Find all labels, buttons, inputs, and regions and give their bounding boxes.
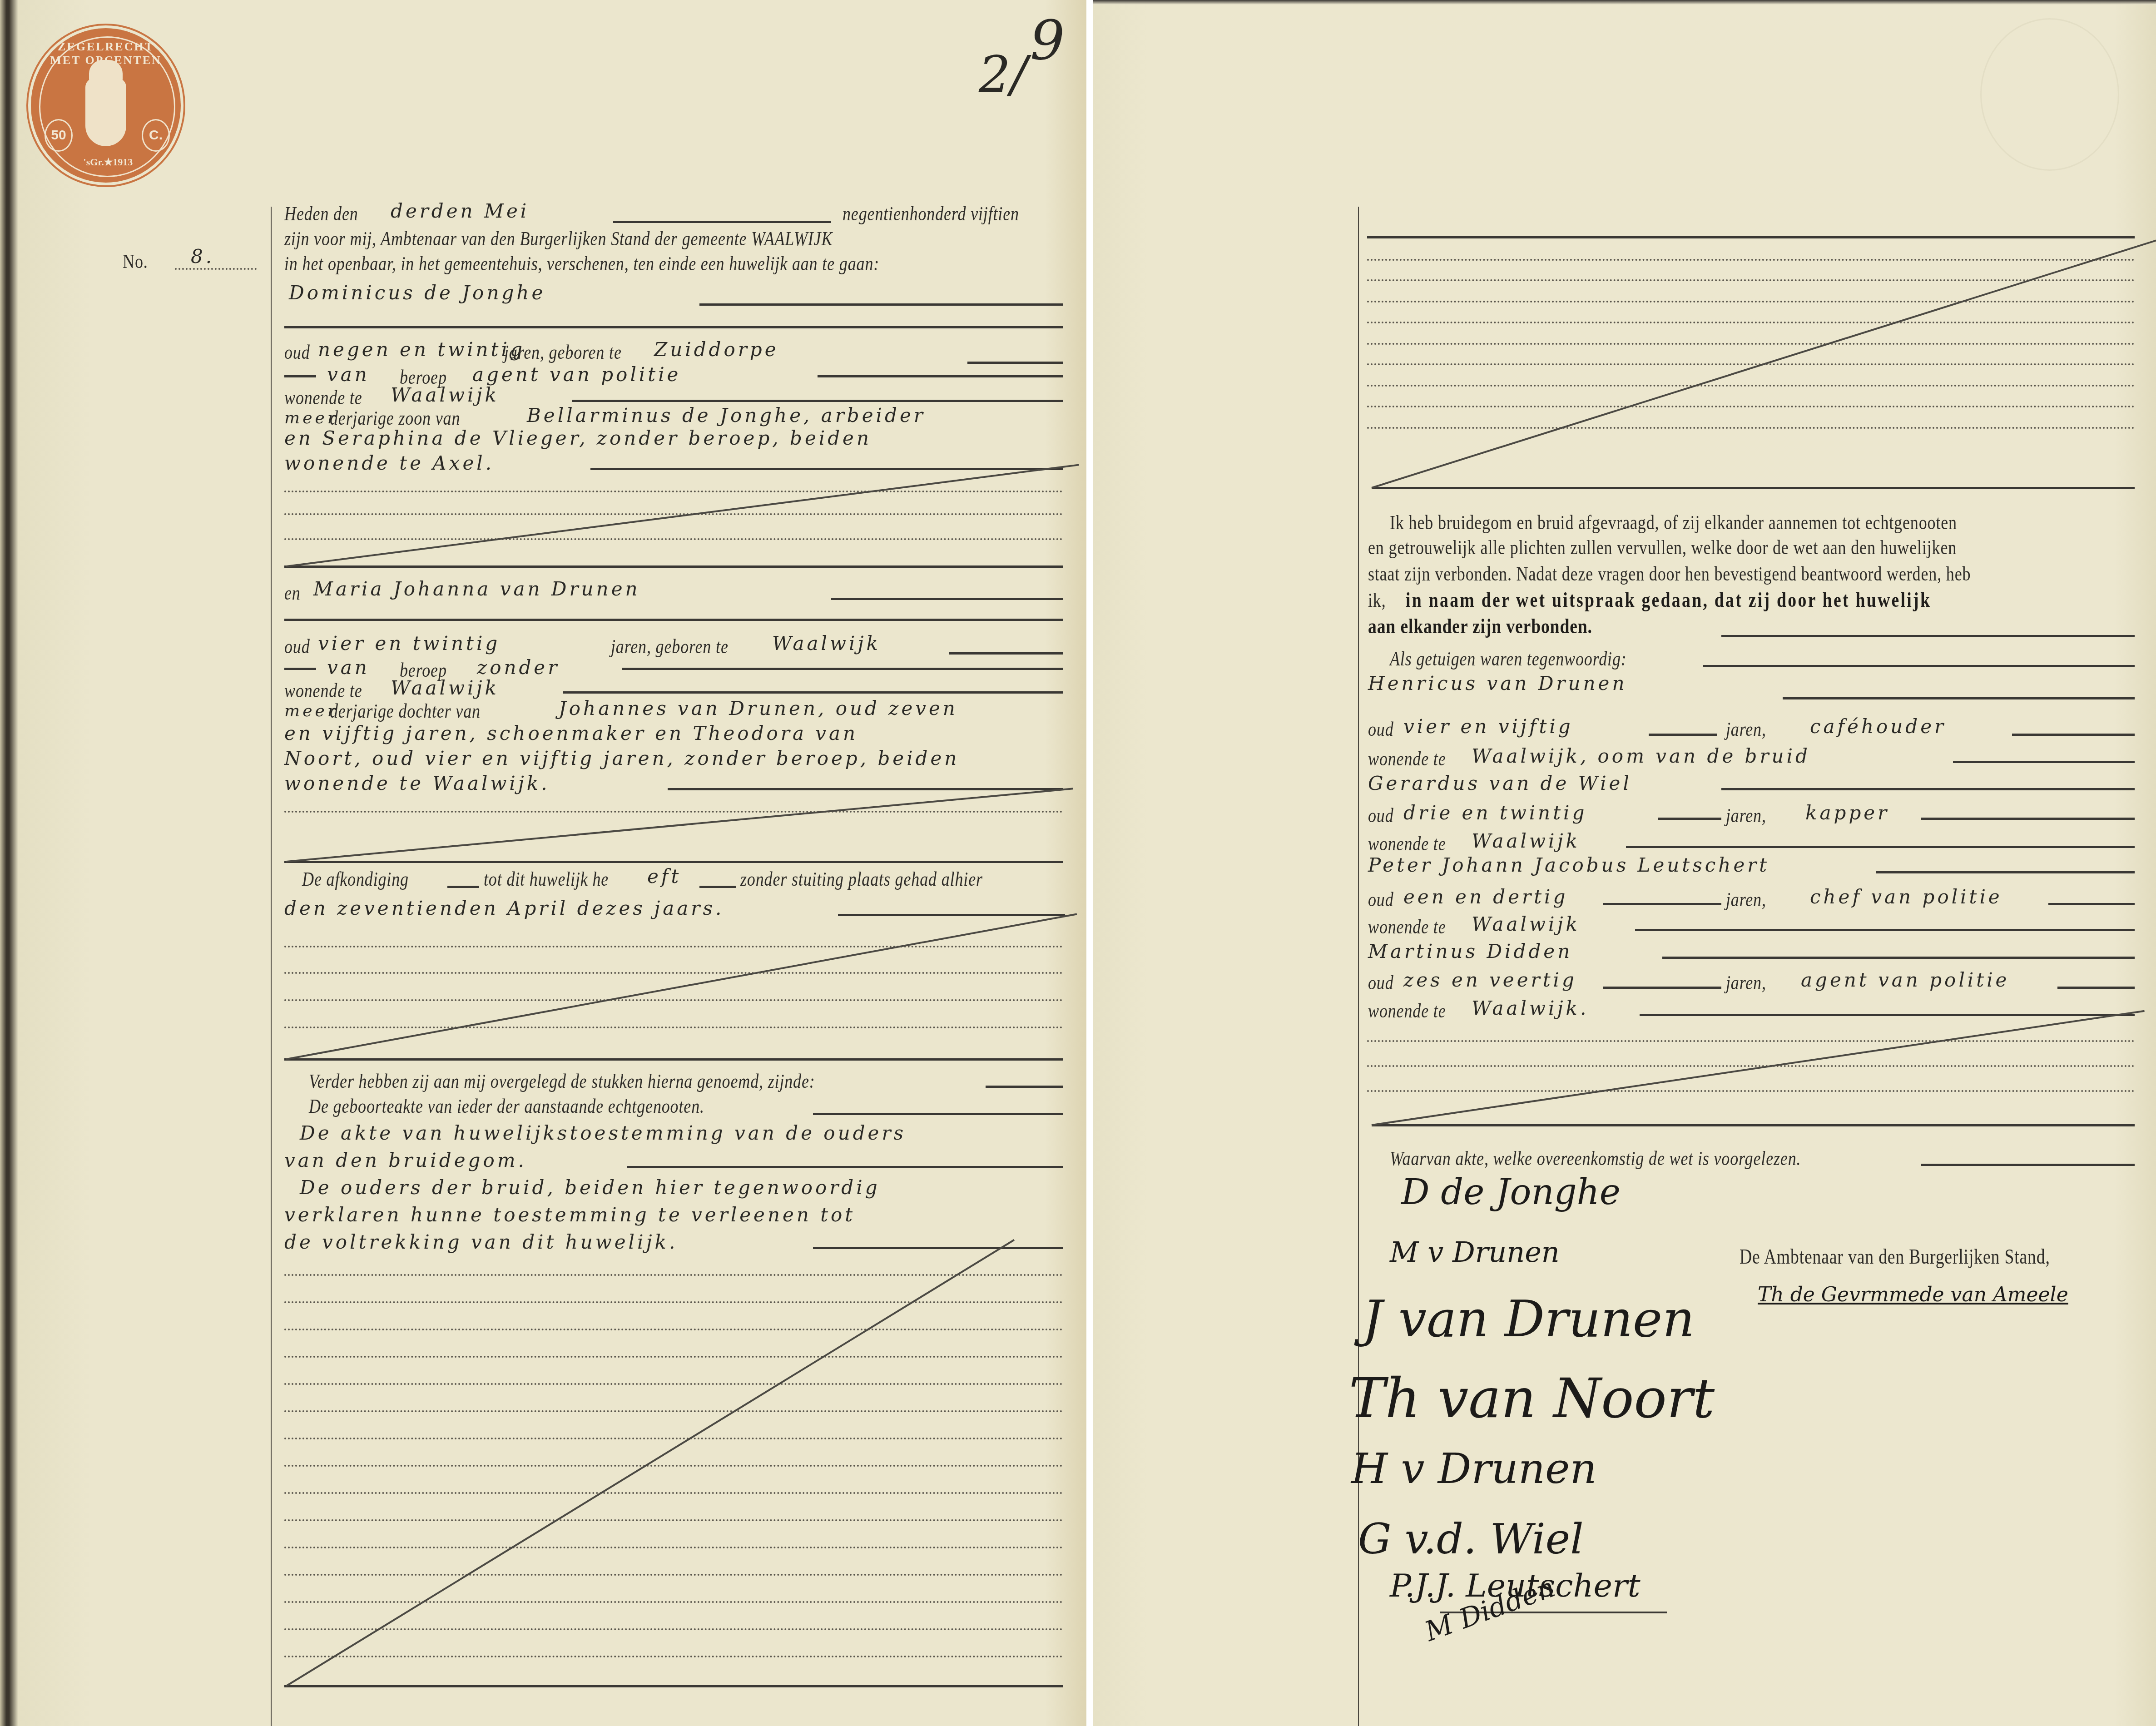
banns-mid: tot dit huwelijk he [484,868,609,891]
witness-1-occupation: caféhouder [1810,715,1946,738]
groom-parents-line-2: en Seraphina de Vlieger, zonder beroep, … [284,427,872,449]
banns-post: zonder stuiting plaats gehad alhier [740,868,983,891]
marriage-date-field: derden Mei [391,200,529,222]
signature-mother-bride: Th van Noort [1349,1367,1715,1430]
bride-age: vier en twintig [318,632,500,655]
fill-line [1662,957,2135,959]
witness-4-residence-label: wonende te [1368,999,1446,1022]
fill-line [668,788,1063,790]
dotted-line [284,1356,1063,1358]
witness-2-name: Gerardus van de Wiel [1368,772,1632,794]
witness-1-age: vier en vijftig [1403,715,1573,738]
fill-line [590,468,1063,470]
documents-item-2-line-1: De akte van huwelijkstoestemming van de … [300,1122,906,1144]
groom-birth-label: jaren, geboren te [504,341,622,364]
fill-line [563,691,1063,694]
bride-occupation: zonder [477,656,560,679]
witness-2-age: drie en twintig [1403,802,1587,824]
dotted-line [284,1274,1063,1276]
fill-line [1635,929,2135,931]
fill-line [838,914,1065,916]
embossed-seal-mark [1980,18,2119,171]
fill-line [818,375,1063,377]
bride-birth-label: jaren, geboren te [611,635,729,658]
fill-line [1367,236,2135,238]
witness-3-residence: Waalwijk [1472,913,1580,935]
dotted-line [1367,301,2135,303]
seal-value-right: C. [142,119,170,152]
signature-official: Th de Gevrmmede van Ameele [1758,1283,2068,1306]
banns-date: den zeventienden April dezes jaars. [284,897,724,919]
fill-line [1372,487,2135,489]
groom-parents-line-3: wonende te Axel. [284,452,494,474]
witness-1-residence-label: wonende te [1368,747,1446,770]
dotted-line [1367,279,2135,281]
dotted-line [284,1465,1063,1467]
dotted-line [1367,385,2135,387]
dotted-line [284,972,1063,974]
witness-3-age-label: oud [1368,888,1394,911]
dotted-line [284,1438,1063,1439]
groom-occupation: agent van politie [472,363,681,386]
dotted-line [1367,1040,2135,1042]
groom-age-label: oud [284,341,310,364]
documents-item-3-line-3: de voltrekking van dit huwelijk. [284,1231,678,1253]
bride-residence-label: wonende te [284,679,362,702]
intro-line-3: in het openbaar, in het gemeentehuis, ve… [284,252,879,275]
witness-3-residence-label: wonende te [1368,915,1446,938]
record-number-label: No. [123,250,148,273]
witness-3-occupation: chef van politie [1810,886,2002,908]
bride-residence: Waalwijk [391,677,499,699]
fill-line [284,565,1063,568]
dotted-line [284,999,1063,1001]
declaration-line-4-bold: in naam der wet uitspraak gedaan, dat zi… [1406,588,1931,612]
banns-fill: eft [647,865,681,888]
fill-line [967,362,1063,364]
fill-line [1783,697,2135,699]
fill-line [1703,665,2135,667]
declaration-line-4-prefix: ik, [1368,589,1386,612]
official-label: De Ambtenaar van den Burgerlijken Stand, [1740,1245,2050,1269]
witness-2-residence: Waalwijk [1472,830,1580,852]
bride-parents-line-3: Noort, oud vier en vijftig jaren, zonder… [284,747,959,769]
witness-1-residence: Waalwijk, oom van de bruid [1472,745,1810,767]
folio-number: 9 [1030,9,1065,72]
signature-witness-2: G v.d. Wiel [1358,1515,1584,1563]
fill-line [284,668,316,670]
dotted-line [284,538,1063,540]
fill-line [572,400,1063,402]
witness-1-years-label: jaren, [1726,718,1766,741]
witnesses-label: Als getuigen waren tegenwoordig: [1390,647,1627,670]
dotted-line [1367,322,2135,323]
documents-item-1: De geboorteakte van ieder der aanstaande… [309,1095,704,1118]
dotted-line [284,491,1063,492]
dotted-line [1367,363,2135,365]
dotted-line [1367,427,2135,429]
witness-4-name: Martinus Didden [1368,940,1572,962]
left-margin-rule [271,207,272,1726]
witness-3-name: Peter Johann Jacobus Leutschert [1368,854,1769,876]
declaration-line-3: staat zijn verbonden. Nadat deze vragen … [1368,562,1971,585]
groom-residence: Waalwijk [391,384,499,406]
page-gutter [1086,0,1093,1726]
intro-year: negentienhonderd vijftien [843,202,1019,225]
fill-line [1626,846,2135,848]
fill-line [831,598,1063,600]
dotted-line [284,1329,1063,1330]
fill-line [1721,635,2135,637]
fill-line [1876,871,2135,873]
fill-line [1372,1124,2135,1126]
dotted-line [284,1574,1063,1576]
dotted-line [284,1492,1063,1494]
dotted-line [284,1601,1063,1603]
sheet-mark: 2/ [979,45,1027,104]
witness-2-age-label: oud [1368,804,1394,827]
fill-line [949,652,1063,655]
dotted-line [284,1519,1063,1521]
bride-parents-label: derjarige dochter van [330,699,481,723]
fill-line [699,303,1063,306]
fill-line [1603,987,1721,989]
fill-line [284,861,1063,863]
witness-1-age-label: oud [1368,718,1394,741]
fill-line [1658,818,1721,820]
closing-statement: Waarvan akte, welke overeenkomstig de we… [1390,1147,1801,1170]
groom-occupation-prefix: van [327,363,370,386]
documents-item-2-line-2: van den bruidegom. [284,1149,527,1171]
bride-name: Maria Johanna van Drunen [313,578,640,600]
revenue-stamp-seal: ZEGELRECHT MET OPCENTEN 50 C. 'sGr.★1913 [31,28,181,183]
fill-line [284,326,1063,328]
groom-birthplace: Zuiddorpe [654,338,779,361]
fill-line [986,1086,1063,1088]
groom-parents-label: derjarige zoon van [330,407,460,430]
bride-age-label: oud [284,635,310,658]
bride-occupation-prefix: van [327,656,370,679]
groom-age: negen en twintig [318,338,525,361]
witness-4-age-label: oud [1368,971,1394,994]
fill-line [1649,734,1717,736]
declaration-line-2: en getrouwelijk alle plichten zullen ver… [1368,536,1957,559]
record-number-value: 8. [191,245,214,268]
fill-line [284,619,1063,621]
declaration-line-5-bold: aan elkander zijn verbonden. [1368,614,1592,638]
fill-line [1603,903,1721,905]
seal-bottom-text: 'sGr.★1913 [76,156,140,168]
signature-bride: M v Drunen [1390,1235,1560,1269]
dotted-line [284,1027,1063,1028]
witness-1-name: Henricus van Drunen [1368,672,1627,694]
fill-line [1921,818,2135,820]
right-margin-rule [1358,207,1359,1726]
witness-4-years-label: jaren, [1726,971,1766,994]
banns-label: De afkondiging [302,868,409,891]
signature-groom: D de Jonghe [1401,1172,1621,1213]
witness-2-occupation: kapper [1805,802,1889,824]
documents-intro: Verder hebben zij aan mij overgelegd de … [309,1070,815,1093]
fill-line [284,1058,1063,1061]
dotted-line [284,946,1063,947]
documents-item-3-line-2: verklaren hunne toestemming te verleenen… [284,1204,855,1226]
signature-witness-1: H v Drunen [1351,1444,1597,1493]
fill-line [813,1113,1063,1115]
fill-line [2012,734,2135,736]
declaration-line-1: Ik heb bruidegom en bruid afgevraagd, of… [1390,511,1957,534]
fill-line [284,375,316,377]
witness-3-years-label: jaren, [1726,888,1766,911]
fill-line [1721,788,2135,790]
dotted-line [1367,259,2135,261]
witness-2-residence-label: wonende te [1368,832,1446,855]
fill-line [813,1247,1063,1249]
dotted-line [284,1547,1063,1548]
intro-line-2: zijn voor mij, Ambtenaar van den Burgerl… [284,227,833,250]
intro-heden-den: Heden den [284,202,358,225]
bride-parents-line-4: wonende te Waalwijk. [284,772,550,794]
witness-4-residence: Waalwijk. [1472,997,1589,1019]
witness-2-years-label: jaren, [1726,804,1766,827]
fill-line [627,1166,1063,1168]
lion-shield-icon [85,78,126,146]
dotted-line [1367,1065,2135,1067]
dotted-line [1367,406,2135,407]
fill-line [622,668,1063,670]
bride-prefix: en [284,581,301,605]
signature-father-bride: J van Drunen [1363,1290,1695,1348]
bride-parents-line-2: en vijftig jaren, schoenmaker en Theodor… [284,722,858,744]
witness-3-age: een en dertig [1403,886,1568,908]
fill-line [1640,1014,2135,1016]
witness-4-age: zes en veertig [1403,969,1577,991]
dotted-line [284,1656,1063,1657]
fill-line [613,221,831,223]
documents-item-3-line-1: De ouders der bruid, beiden hier tegenwo… [300,1176,880,1199]
dotted-line [284,811,1063,813]
dotted-line [284,1410,1063,1412]
dotted-line [284,1628,1063,1630]
bride-birthplace: Waalwijk [772,632,881,655]
witness-4-occupation: agent van politie [1801,969,2009,991]
groom-parents-line-1: Bellarminus de Jonghe, arbeider [527,404,926,427]
page-top-shadow [1093,0,2156,5]
fill-line [699,886,736,888]
dotted-line [1367,1090,2135,1092]
dotted-line [284,1301,1063,1303]
fill-line [447,886,479,888]
seal-value-left: 50 [45,119,73,152]
fill-line [2057,987,2135,989]
fill-line [284,1685,1063,1687]
groom-residence-label: wonende te [284,386,362,409]
bride-parents-line-1: Johannes van Drunen, oud zeven [559,697,958,719]
dotted-line [284,513,1063,515]
dotted-line [1367,343,2135,345]
number-dotted-line [175,268,257,270]
dotted-line [284,1383,1063,1385]
fill-line [2048,903,2135,905]
groom-name: Dominicus de Jonghe [289,282,545,304]
fill-line [1953,761,2135,763]
fill-line [1921,1164,2135,1166]
